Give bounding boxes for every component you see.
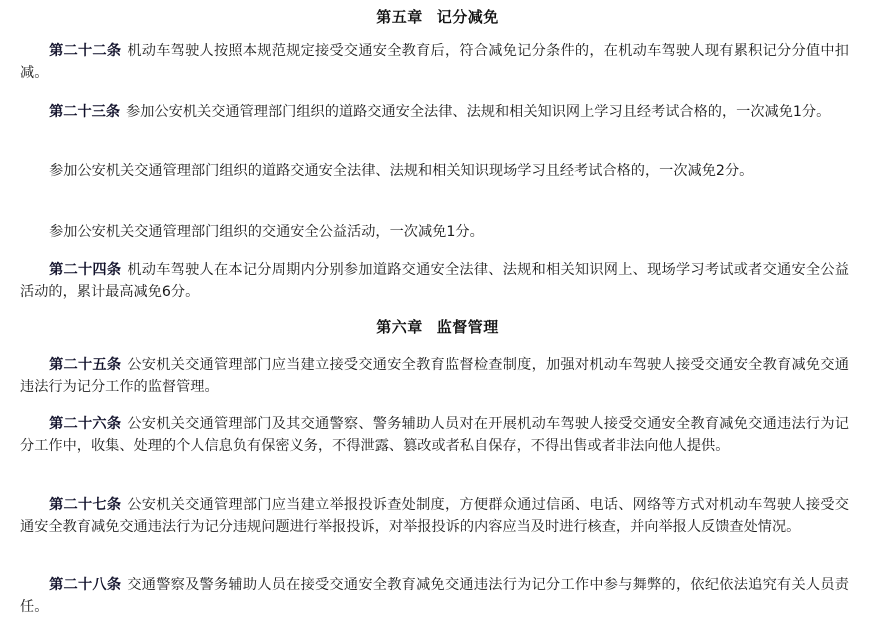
article-24-paragraph: 第二十四条机动车驾驶人在本记分周期内分别参加道路交通安全法律、法规和相关知识网上… [20, 259, 849, 303]
article-text: 公安机关交通管理部门应当建立接受交通安全教育监督检查制度，加强对机动车驾驶人接受… [20, 357, 849, 395]
article-27-paragraph: 第二十七条公安机关交通管理部门应当建立举报投诉查处制度，方便群众通过信函、电话、… [20, 494, 849, 538]
article-23-paragraph: 第二十三条参加公安机关交通管理部门组织的道路交通安全法律、法规和相关知识网上学习… [20, 101, 849, 123]
article-28-paragraph: 第二十八条交通警察及警务辅助人员在接受交通安全教育减免交通违法行为记分工作中参与… [20, 574, 849, 618]
article-label: 第二十四条 [49, 262, 121, 278]
chapter-6-heading: 第六章监督管理 [0, 316, 875, 338]
chapter-title: 记分减免 [437, 8, 499, 26]
regulation-document: 第五章记分减免 第二十二条机动车驾驶人按照本规范规定接受交通安全教育后，符合减免… [0, 0, 875, 625]
article-text: 公安机关交通管理部门应当建立举报投诉查处制度，方便群众通过信函、电话、网络等方式… [20, 497, 849, 535]
article-25-paragraph: 第二十五条公安机关交通管理部门应当建立接受交通安全教育监督检查制度，加强对机动车… [20, 354, 849, 398]
article-23-clause-2: 参加公安机关交通管理部门组织的道路交通安全法律、法规和相关知识现场学习且经考试合… [20, 160, 849, 182]
chapter-number: 第六章 [376, 318, 423, 336]
article-label: 第二十二条 [49, 43, 121, 59]
chapter-5-heading: 第五章记分减免 [0, 6, 875, 28]
article-22-paragraph: 第二十二条机动车驾驶人按照本规范规定接受交通安全教育后，符合减免记分条件的，在机… [20, 40, 849, 84]
article-text: 机动车驾驶人按照本规范规定接受交通安全教育后，符合减免记分条件的，在机动车驾驶人… [20, 43, 849, 81]
article-text: 交通警察及警务辅助人员在接受交通安全教育减免交通违法行为记分工作中参与舞弊的，依… [20, 577, 849, 615]
article-label: 第二十七条 [49, 497, 121, 513]
article-26-paragraph: 第二十六条公安机关交通管理部门及其交通警察、警务辅助人员对在开展机动车驾驶人接受… [20, 413, 849, 457]
article-label: 第二十五条 [49, 357, 121, 373]
chapter-title: 监督管理 [437, 318, 499, 336]
article-text: 参加公安机关交通管理部门组织的道路交通安全法律、法规和相关知识现场学习且经考试合… [49, 163, 753, 179]
article-label: 第二十三条 [49, 104, 120, 120]
article-23-clause-3: 参加公安机关交通管理部门组织的交通安全公益活动，一次减免1分。 [20, 221, 849, 243]
article-text: 参加公安机关交通管理部门组织的道路交通安全法律、法规和相关知识网上学习且经考试合… [126, 104, 830, 120]
article-text: 参加公安机关交通管理部门组织的交通安全公益活动，一次减免1分。 [49, 224, 484, 240]
chapter-number: 第五章 [376, 8, 423, 26]
article-text: 公安机关交通管理部门及其交通警察、警务辅助人员对在开展机动车驾驶人接受交通安全教… [20, 416, 849, 454]
article-label: 第二十八条 [49, 577, 121, 593]
article-label: 第二十六条 [49, 416, 121, 432]
article-text: 机动车驾驶人在本记分周期内分别参加道路交通安全法律、法规和相关知识网上、现场学习… [20, 262, 849, 300]
